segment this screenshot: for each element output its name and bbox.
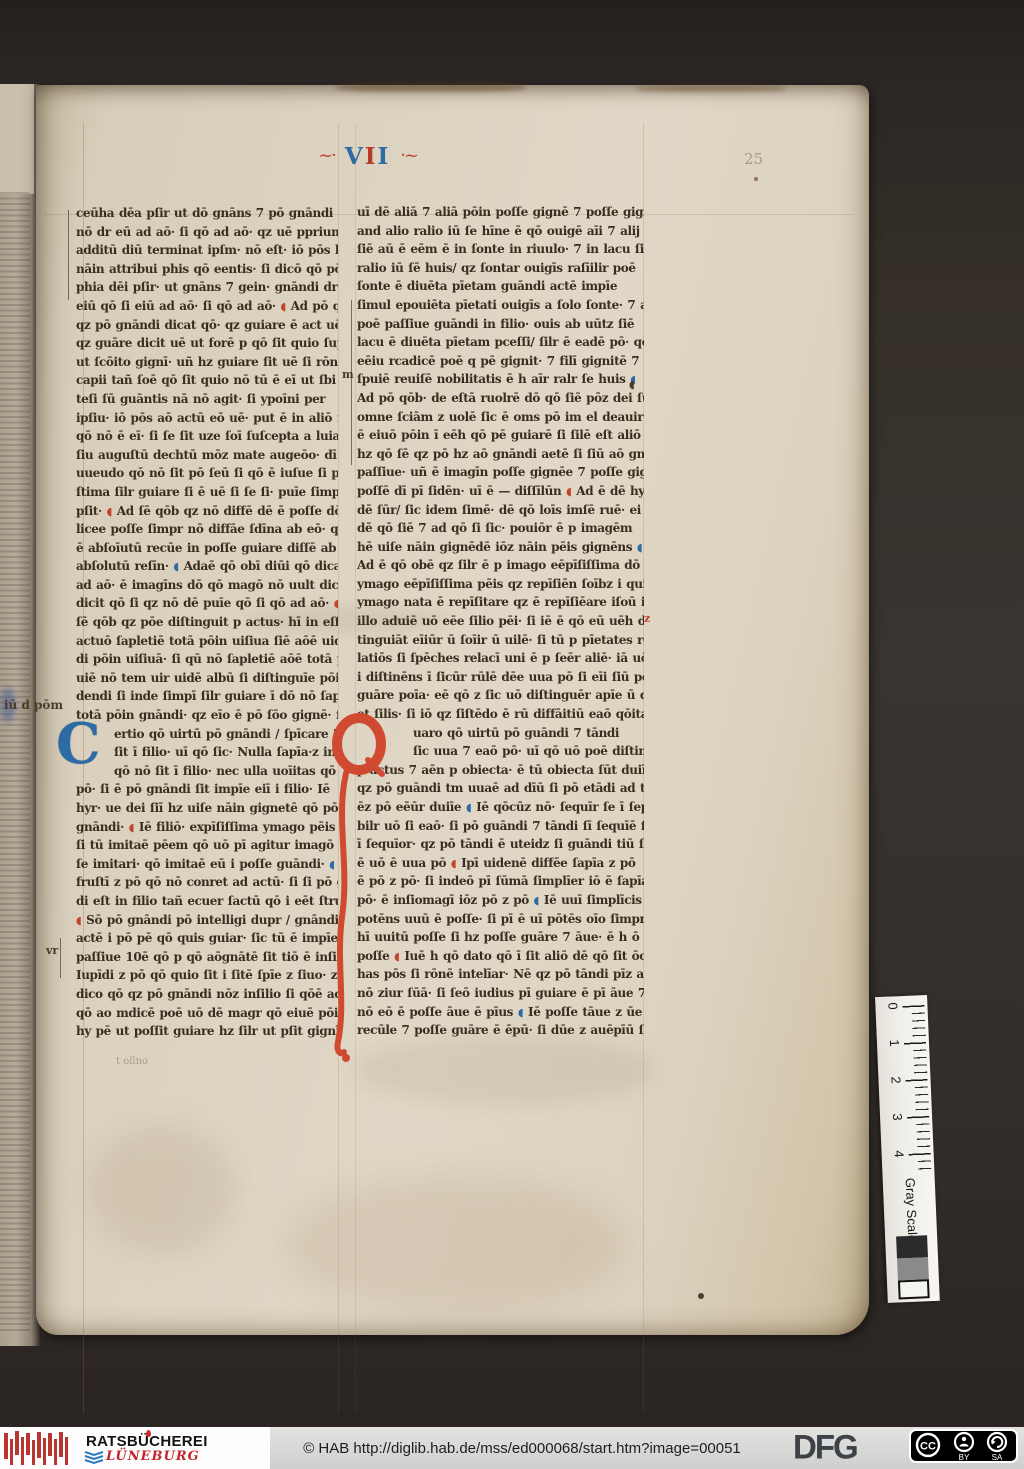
marginal-note-vr: vr [46,944,58,957]
header-flourish-right: ·~ [400,145,417,166]
marginal-note-left: iū d pōm [4,698,63,712]
header-letter: V [345,143,365,170]
cc-by-sa-icons: CC BY SA [911,1431,1016,1461]
speck [754,177,758,181]
header-flourish-left: ~· [318,145,335,166]
header-letter: I [377,143,390,170]
calibration-patch-white [898,1279,930,1299]
faint-scribble: t olīno [116,1056,148,1067]
illuminated-initial-Q-with-tail [328,712,390,1064]
header-letter: I [365,143,378,170]
marginal-red-mark: z [644,612,650,625]
ruler-label: Gray Scale [903,1178,921,1243]
library-city: LÜNEBURG [106,1449,200,1464]
copyright-url-text: © HAB http://diglib.hab.de/mss/ed000068/… [270,1427,774,1469]
margin-bracket [351,300,357,465]
folio-edge-highlight [0,84,34,194]
ruler-number: 4 [891,1150,906,1158]
cc-license-badge: CC BY SA [909,1429,1018,1463]
ruler-number: 0 [885,1002,900,1010]
cc-by-person-icon: BY [955,1433,973,1461]
calibration-patch-gray [897,1257,929,1280]
marginal-blue-pilcrow: ◖ [629,378,635,391]
svg-text:BY: BY [959,1453,970,1461]
footer-bar: RATSBÜCHEREI LÜNEBURG © HAB http://digli… [0,1427,1024,1469]
speck [698,1293,704,1299]
edge-smudge [336,83,526,92]
margin-bracket [68,210,74,300]
red-umlaut-drop [146,1430,151,1437]
library-bars-logo [0,1427,78,1469]
folio-number-pencil: 25 [744,150,763,168]
open-book-icon [84,1449,104,1466]
edge-smudge [636,85,786,92]
ruler-number: 1 [887,1039,902,1047]
svg-text:SA: SA [992,1453,1003,1461]
ruler-number: 3 [890,1113,905,1121]
illuminated-initial-C: C [56,716,101,772]
margin-bracket [60,938,66,978]
calibration-patch-black [896,1235,928,1258]
gray-scale-ruler: 0 1 2 3 4 Gray Scale [875,995,940,1303]
water-stain [286,1175,626,1315]
text-column-right: uī dē aliā 7 aliā pōin poſſe gignē 7 poſ… [357,203,644,1058]
cc-sa-arrow-icon: SA [988,1433,1006,1461]
dfg-logo: DFG [793,1427,857,1467]
svg-text:CC: CC [920,1441,936,1453]
text-column-left: ceūha dēa pſir ut dō gnāns 7 pō gnāndi ſ… [76,204,338,1041]
ruler-number: 2 [888,1076,903,1084]
water-stain [86,1125,236,1255]
show-through-text [0,192,30,1332]
digitized-manuscript-photo: ~· VII ·~ 25 ceūha dēa pſir ut dō gnāns … [0,0,1024,1469]
library-logo-block: RATSBÜCHEREI LÜNEBURG [0,1427,270,1469]
ruler-major-ticks [902,1005,931,1178]
